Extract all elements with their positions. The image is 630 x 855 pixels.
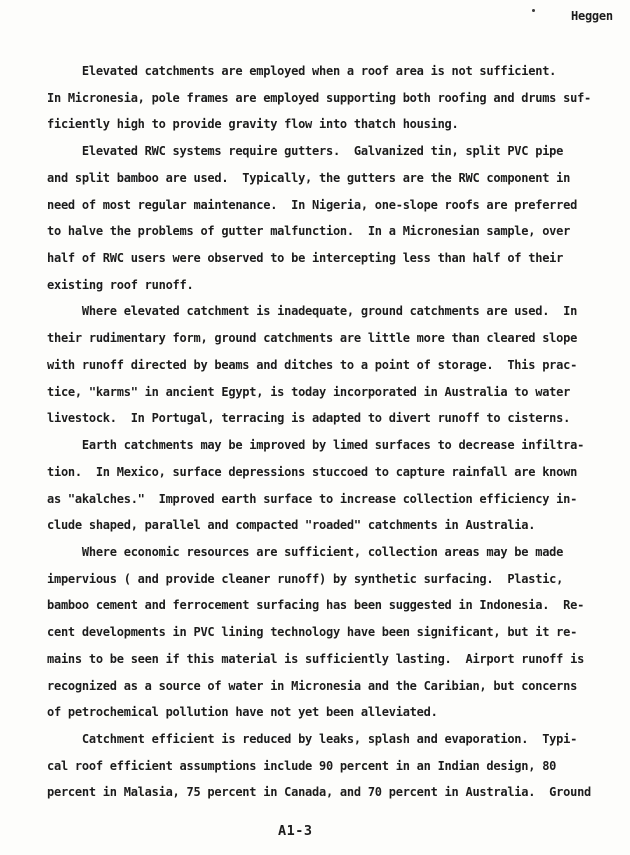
text-line: their rudimentary form, ground catchment…: [47, 325, 591, 352]
text-line: impervious ( and provide cleaner runoff)…: [47, 566, 591, 593]
text-line: to halve the problems of gutter malfunct…: [47, 218, 591, 245]
text-line: mains to be seen if this material is suf…: [47, 646, 591, 673]
header-author: Heggen: [571, 9, 613, 23]
text-line: Earth catchments may be improved by lime…: [47, 432, 591, 459]
page-body: Elevated catchments are employed when a …: [47, 58, 591, 806]
text-line: cal roof efficient assumptions include 9…: [47, 753, 591, 780]
text-line: existing roof runoff.: [47, 272, 591, 299]
text-line: of petrochemical pollution have not yet …: [47, 699, 591, 726]
page-number: A1-3: [278, 823, 313, 839]
text-line: Where elevated catchment is inadequate, …: [47, 298, 591, 325]
text-line: as "akalches." Improved earth surface to…: [47, 486, 591, 513]
text-line: need of most regular maintenance. In Nig…: [47, 192, 591, 219]
text-line: Elevated catchments are employed when a …: [47, 58, 591, 85]
text-line: percent in Malasia, 75 percent in Canada…: [47, 779, 591, 806]
text-line: Where economic resources are sufficient,…: [47, 539, 591, 566]
text-line: half of RWC users were observed to be in…: [47, 245, 591, 272]
text-line: Catchment efficient is reduced by leaks,…: [47, 726, 591, 753]
document-page: Heggen Elevated catchments are employed …: [0, 0, 630, 855]
text-line: Elevated RWC systems require gutters. Ga…: [47, 138, 591, 165]
text-line: with runoff directed by beams and ditche…: [47, 352, 591, 379]
text-line: recognized as a source of water in Micro…: [47, 673, 591, 700]
text-line: bamboo cement and ferrocement surfacing …: [47, 592, 591, 619]
text-line: cent developments in PVC lining technolo…: [47, 619, 591, 646]
text-line: and split bamboo are used. Typically, th…: [47, 165, 591, 192]
text-line: ficiently high to provide gravity flow i…: [47, 111, 591, 138]
scan-dot-artifact: [532, 9, 535, 12]
text-line: In Micronesia, pole frames are employed …: [47, 85, 591, 112]
text-line: tice, "karms" in ancient Egypt, is today…: [47, 379, 591, 406]
text-line: livestock. In Portugal, terracing is ada…: [47, 405, 591, 432]
text-line: clude shaped, parallel and compacted "ro…: [47, 512, 591, 539]
text-line: tion. In Mexico, surface depressions stu…: [47, 459, 591, 486]
